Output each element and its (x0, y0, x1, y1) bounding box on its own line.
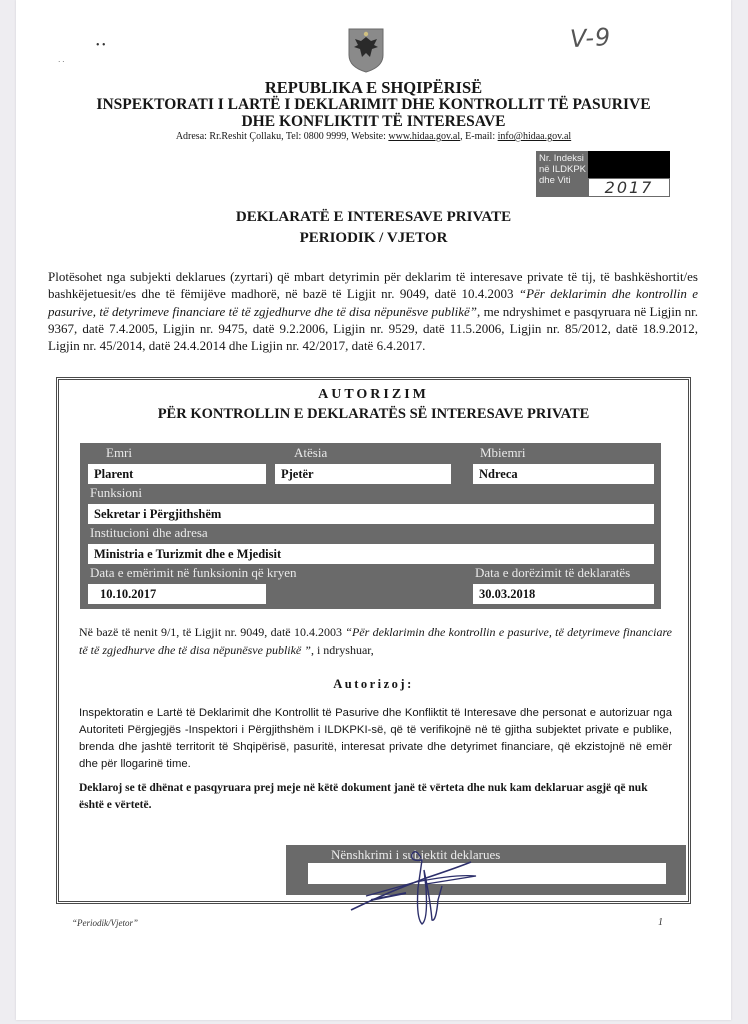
intro-paragraph: Plotësohet nga subjekti deklarues (zyrta… (48, 268, 698, 354)
data-dorezimit-field[interactable]: 30.03.2018 (473, 584, 654, 604)
authorization-subtitle: PËR KONTROLLIN E DEKLARATËS SË INTERESAV… (59, 406, 688, 423)
page-number: 1 (658, 917, 663, 928)
footer-label: “Periodik/Vjetor” (72, 918, 138, 928)
data-emerimit-field[interactable]: 10.10.2017 (88, 584, 266, 604)
institucioni-field[interactable]: Ministria e Turizmit dhe e Mjedisit (88, 544, 654, 564)
address-text: Adresa: Rr.Reshit Çollaku, Tel: 0800 999… (176, 131, 389, 142)
document-title: DEKLARATË E INTERESAVE PRIVATE (16, 209, 731, 226)
scan-speck: • • (96, 40, 106, 51)
authorization-paragraph: Inspektoratin e Lartë të Deklarimit dhe … (79, 705, 672, 773)
email-link[interactable]: info@hidaa.gov.al (498, 131, 572, 142)
document-subtitle: PERIODIK / VJETOR (16, 230, 731, 247)
funksioni-label: Funksioni (90, 485, 142, 501)
index-year: 2017 (588, 178, 670, 197)
document-page: • • · · V-9 REPUBLIKA E SHQIPËRISË INSPE… (16, 0, 731, 1020)
address-line: Adresa: Rr.Reshit Çollaku, Tel: 0800 999… (16, 131, 731, 142)
index-number-box: Nr. Indeksi në ILDKPK dhe Viti 2017 (536, 151, 671, 197)
data-dorezimit-label: Data e dorëzimit të deklaratës (475, 565, 630, 581)
institution-heading: INSPEKTORATI I LARTË I DEKLARIMIT DHE KO… (16, 96, 731, 114)
institucioni-label: Institucioni dhe adresa (90, 525, 208, 541)
mbiemri-field[interactable]: Ndreca (473, 464, 654, 484)
handwritten-note: V-9 (569, 23, 612, 53)
legal-basis-text: Në bazë të nenit 9/1, të Ligjit nr. 9049… (79, 625, 345, 639)
institution-heading-line2: DHE KONFLIKTIT TË INTERESAVE (16, 113, 731, 131)
index-label-line: Nr. Indeksi (539, 153, 588, 164)
funksioni-field[interactable]: Sekretar i Përgjithshëm (88, 504, 654, 524)
data-emerimit-label: Data e emërimit në funksionin që kryen (90, 565, 297, 581)
index-label: Nr. Indeksi në ILDKPK dhe Viti (536, 151, 588, 197)
atesia-field[interactable]: Pjetër (275, 464, 451, 484)
personal-info-panel: Emri Plarent Atësia Pjetër Mbiemri Ndrec… (80, 443, 661, 609)
country-heading: REPUBLIKA E SHQIPËRISË (16, 78, 731, 98)
legal-basis-text-cont: , i ndryshuar, (311, 643, 374, 657)
authorization-frame: AUTORIZIM PËR KONTROLLIN E DEKLARATËS SË… (56, 377, 691, 904)
handwritten-signature-icon (346, 848, 486, 928)
index-label-line: dhe Viti (539, 175, 588, 186)
albanian-coat-of-arms-icon (347, 27, 385, 73)
atesia-label: Atësia (294, 445, 327, 461)
declaration-statement: Deklaroj se të dhënat e pasqyruara prej … (79, 780, 672, 814)
emri-field[interactable]: Plarent (88, 464, 266, 484)
emri-label: Emri (106, 445, 132, 461)
index-label-line: në ILDKPK (539, 164, 588, 175)
email-prefix: , E-mail: (460, 131, 498, 142)
scan-speck: · · (58, 58, 64, 66)
mbiemri-label: Mbiemri (480, 445, 526, 461)
redacted-index-value (588, 151, 670, 178)
website-link[interactable]: www.hidaa.gov.al (388, 131, 460, 142)
autorizoj-heading: Autorizoj: (59, 677, 688, 692)
authorization-title: AUTORIZIM (59, 387, 688, 403)
legal-basis-paragraph: Në bazë të nenit 9/1, të Ligjit nr. 9049… (79, 624, 672, 659)
